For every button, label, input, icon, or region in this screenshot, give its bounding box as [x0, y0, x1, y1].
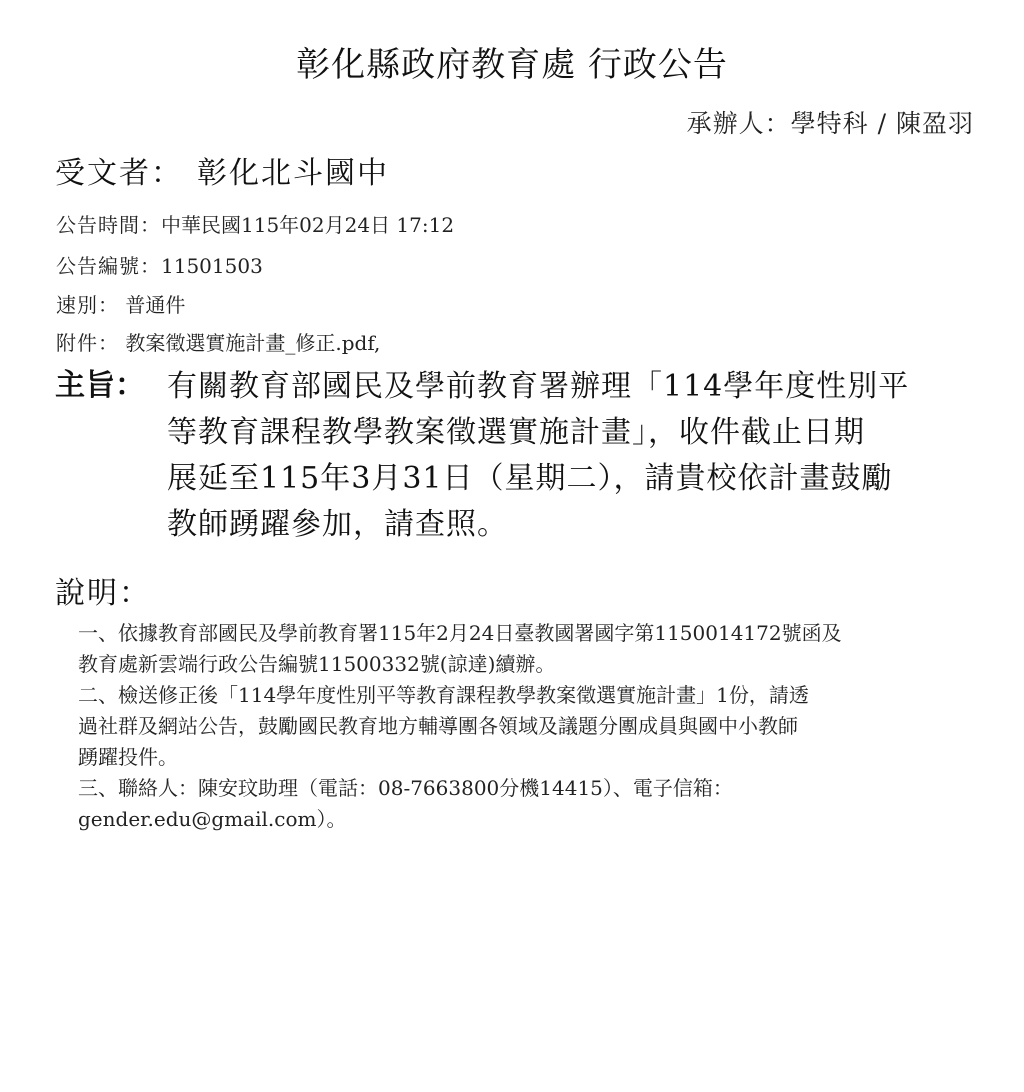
- explanation-line: 一、依據教育部國民及學前教育署115年2月24日臺教國署國字第115001417…: [78, 618, 978, 649]
- recipient-label: 受文者：: [55, 156, 183, 191]
- explanation-line: 二、檢送修正後「114學年度性別平等教育課程教學教案徵選實施計畫」1份，請透: [78, 680, 978, 711]
- explanation-line: 踴躍投件。: [78, 742, 978, 773]
- delivery-speed-label: 速別：: [56, 293, 119, 317]
- delivery-speed-value: 普通件: [119, 293, 185, 317]
- handler-info: 承辦人：學特科 / 陳盈羽: [687, 106, 974, 142]
- explanation-label: 說明：: [55, 572, 151, 616]
- explanation-list: 一、依據教育部國民及學前教育署115年2月24日臺教國署國字第115001417…: [78, 618, 978, 835]
- attachment-file[interactable]: 教案徵選實施計畫_修正.pdf,: [119, 331, 380, 355]
- explanation-line: 三、聯絡人：陳安玟助理（電話：08-7663800分機14415）、電子信箱：: [78, 773, 978, 804]
- explanation-line: 教育處新雲端行政公告編號11500332號(諒達)續辦。: [78, 649, 978, 680]
- announcement-time: 公告時間：中華民國115年02月24日 17:12: [56, 210, 454, 240]
- attachment-label: 附件：: [56, 331, 119, 355]
- announcement-time-label: 公告時間：: [56, 213, 161, 237]
- subject-line: 展延至115年3月31日（星期二），請貴校依計畫鼓勵: [167, 456, 967, 502]
- recipient: 受文者：彰化北斗國中: [55, 152, 389, 196]
- announcement-number-value: 11501503: [161, 254, 263, 278]
- subject-line: 教師踴躍參加，請查照。: [167, 502, 967, 548]
- subject-label: 主旨：: [55, 364, 145, 408]
- document-title: 彰化縣政府教育處 行政公告: [0, 40, 1024, 90]
- announcement-page: 彰化縣政府教育處 行政公告 承辦人：學特科 / 陳盈羽 受文者：彰化北斗國中 公…: [0, 0, 1024, 1092]
- announcement-number: 公告編號：11501503: [56, 251, 263, 281]
- delivery-speed: 速別： 普通件: [56, 290, 185, 320]
- announcement-time-value: 中華民國115年02月24日 17:12: [161, 213, 454, 237]
- explanation-line: 過社群及網站公告，鼓勵國民教育地方輔導團各領域及議題分團成員與國中小教師: [78, 711, 978, 742]
- recipient-value: 彰化北斗國中: [197, 156, 389, 191]
- contact-email: gender.edu@gmail.com）。: [78, 804, 978, 835]
- announcement-number-label: 公告編號：: [56, 254, 161, 278]
- subject-line: 有關教育部國民及學前教育署辦理「114學年度性別平: [167, 364, 967, 410]
- attachment: 附件： 教案徵選實施計畫_修正.pdf,: [56, 328, 380, 358]
- subject-text: 有關教育部國民及學前教育署辦理「114學年度性別平 等教育課程教學教案徵選實施計…: [167, 364, 967, 548]
- subject-line: 等教育課程教學教案徵選實施計畫」，收件截止日期: [167, 410, 967, 456]
